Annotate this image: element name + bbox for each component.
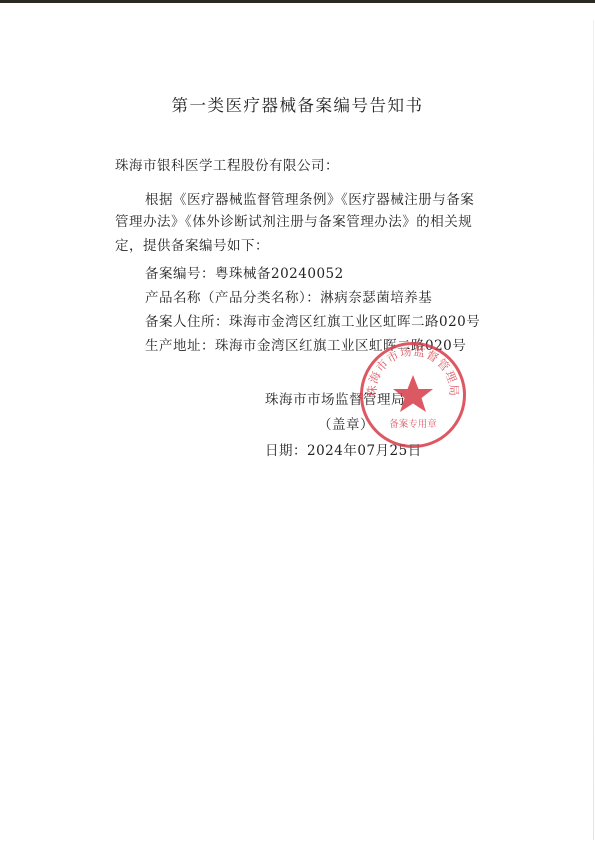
body-line-2: 管理办法》《体外诊断试剂注册与备案管理办法》的相关规 <box>115 210 472 230</box>
scan-top-edge <box>0 0 595 3</box>
field-label: 产品名称（产品分类名称）： <box>145 290 320 306</box>
date-label: 日期： <box>265 443 307 459</box>
field-label: 备案编号： <box>145 266 215 282</box>
recipient: 珠海市银科医学工程股份有限公司： <box>115 154 339 174</box>
body-line-3: 定，提供备案编号如下： <box>115 234 269 254</box>
scan-right-edge <box>593 20 594 840</box>
field-value: 粤珠械备20240052 <box>215 266 344 282</box>
official-seal-stamp: 珠海市市场监督管理局 备案专用章 <box>360 342 466 448</box>
field-value: 珠海市金湾区红旗工业区虹晖二路020号 <box>229 314 480 330</box>
body-line-1: 根据《医疗器械监督管理条例》《医疗器械注册与备案 <box>145 188 474 208</box>
field-registration-number: 备案编号：粤珠械备20240052 <box>145 262 344 282</box>
seal-star-icon: 珠海市市场监督管理局 备案专用章 <box>363 345 463 445</box>
svg-text:备案专用章: 备案专用章 <box>389 418 437 430</box>
field-registrant-address: 备案人住所：珠海市金湾区红旗工业区虹晖二路020号 <box>145 310 480 330</box>
field-label: 备案人住所： <box>145 314 229 330</box>
field-value: 淋病奈瑟菌培养基 <box>320 290 432 306</box>
field-product-name: 产品名称（产品分类名称）：淋病奈瑟菌培养基 <box>145 286 432 306</box>
field-label: 生产地址： <box>145 338 215 354</box>
document-title: 第一类医疗器械备案编号告知书 <box>0 92 595 116</box>
